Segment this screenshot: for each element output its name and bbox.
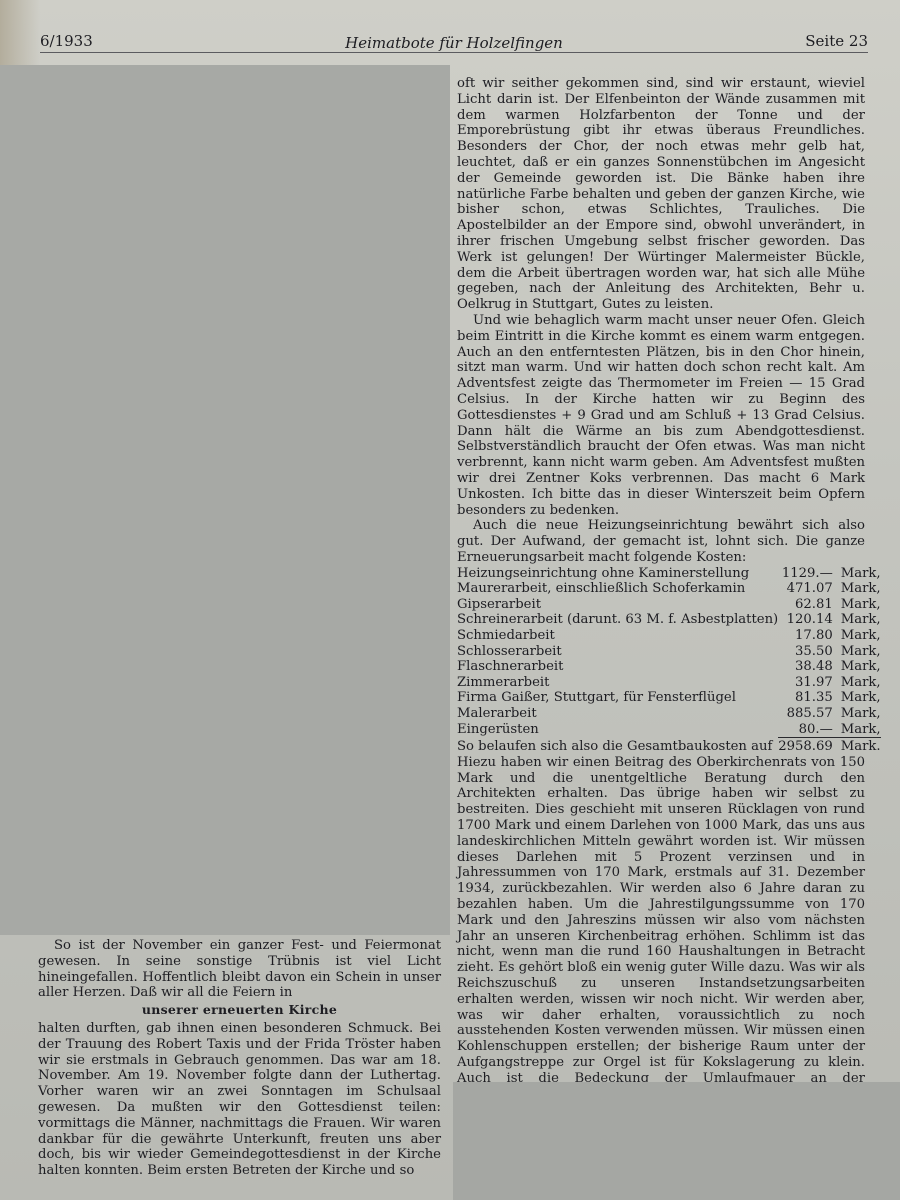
cost-item: Heizungseinrichtung ohne Kaminerstellung [457, 566, 778, 582]
cost-unit: Mark, [841, 597, 881, 613]
redacted-region-bottom-right [453, 1082, 900, 1200]
cost-item: Eingerüsten [457, 722, 778, 738]
cost-row: Heizungseinrichtung ohne Kaminerstellung… [457, 566, 881, 582]
cost-amount: 471.07 [778, 581, 841, 597]
cost-table: Heizungseinrichtung ohne Kaminerstellung… [457, 566, 881, 755]
paragraph: Hiezu haben wir einen Beitrag des Oberki… [457, 755, 865, 1118]
cost-item: Firma Gaißer, Stuttgart, für Fensterflüg… [457, 690, 778, 706]
page-edge-shadow [0, 0, 40, 70]
cost-item: So belaufen sich also die Gesamtbaukoste… [457, 738, 778, 755]
cost-amount: 1129.— [778, 566, 841, 582]
page-header: 6/1933 Heimatbote für Holzelfingen Seite… [40, 30, 868, 53]
cost-amount: 38.48 [778, 659, 841, 675]
paragraph: halten durften, gab ihnen einen besonder… [38, 1021, 441, 1179]
cost-item: Schlosserarbeit [457, 644, 778, 660]
cost-amount: 31.97 [778, 675, 841, 691]
cost-amount: 80.— [778, 722, 841, 738]
cost-amount: 81.35 [778, 690, 841, 706]
cost-row: Schmiedarbeit17.80Mark, [457, 628, 881, 644]
cost-item: Maurerarbeit, einschließlich Schoferkami… [457, 581, 778, 597]
cost-amount: 35.50 [778, 644, 841, 660]
cost-item: Zimmerarbeit [457, 675, 778, 691]
cost-row: Firma Gaißer, Stuttgart, für Fensterflüg… [457, 690, 881, 706]
cost-amount: 2958.69 [778, 738, 841, 755]
cost-item: Schmiedarbeit [457, 628, 778, 644]
paragraph: Und wie behaglich warm macht unser neuer… [457, 313, 865, 518]
cost-unit: Mark, [841, 612, 881, 628]
cost-row: Gipserarbeit62.81Mark, [457, 597, 881, 613]
cost-unit: Mark, [841, 706, 881, 722]
paragraph: oft wir seither gekommen sind, sind wir … [457, 76, 865, 313]
paragraph: Auch die neue Heizungseinrichtung bewähr… [457, 518, 865, 565]
cost-unit: Mark, [841, 581, 881, 597]
cost-unit: Mark, [841, 566, 881, 582]
cost-row: Malerarbeit885.57Mark, [457, 706, 881, 722]
cost-item: Malerarbeit [457, 706, 778, 722]
cost-row: Zimmerarbeit31.97Mark, [457, 675, 881, 691]
paragraph: So ist der November ein ganzer Fest- und… [38, 938, 441, 1001]
cost-unit: Mark, [841, 690, 881, 706]
cost-item: Schreinerarbeit (darunt. 63 M. f. Asbest… [457, 612, 778, 628]
cost-unit: Mark, [841, 644, 881, 660]
cost-unit: Mark. [841, 738, 881, 755]
cost-amount: 17.80 [778, 628, 841, 644]
cost-row: Flaschnerarbeit38.48Mark, [457, 659, 881, 675]
left-column: So ist der November ein ganzer Fest- und… [38, 938, 441, 1179]
cost-row: Schlosserarbeit35.50Mark, [457, 644, 881, 660]
section-heading: unserer erneuerten Kirche [38, 1002, 441, 1018]
cost-unit: Mark, [841, 722, 881, 738]
cost-row: Schreinerarbeit (darunt. 63 M. f. Asbest… [457, 612, 881, 628]
right-column: oft wir seither gekommen sind, sind wir … [457, 76, 865, 1181]
redacted-region-top-left [0, 65, 450, 935]
page-number: Seite 23 [805, 32, 868, 50]
cost-item: Flaschnerarbeit [457, 659, 778, 675]
cost-row: Maurerarbeit, einschließlich Schoferkami… [457, 581, 881, 597]
cost-row: Eingerüsten80.—Mark, [457, 722, 881, 738]
cost-unit: Mark, [841, 628, 881, 644]
publication-title: Heimatbote für Holzelfingen [40, 34, 868, 52]
cost-unit: Mark, [841, 659, 881, 675]
cost-amount: 120.14 [778, 612, 841, 628]
cost-amount: 885.57 [778, 706, 841, 722]
cost-unit: Mark, [841, 675, 881, 691]
cost-total-row: So belaufen sich also die Gesamtbaukoste… [457, 738, 881, 755]
cost-amount: 62.81 [778, 597, 841, 613]
cost-item: Gipserarbeit [457, 597, 778, 613]
